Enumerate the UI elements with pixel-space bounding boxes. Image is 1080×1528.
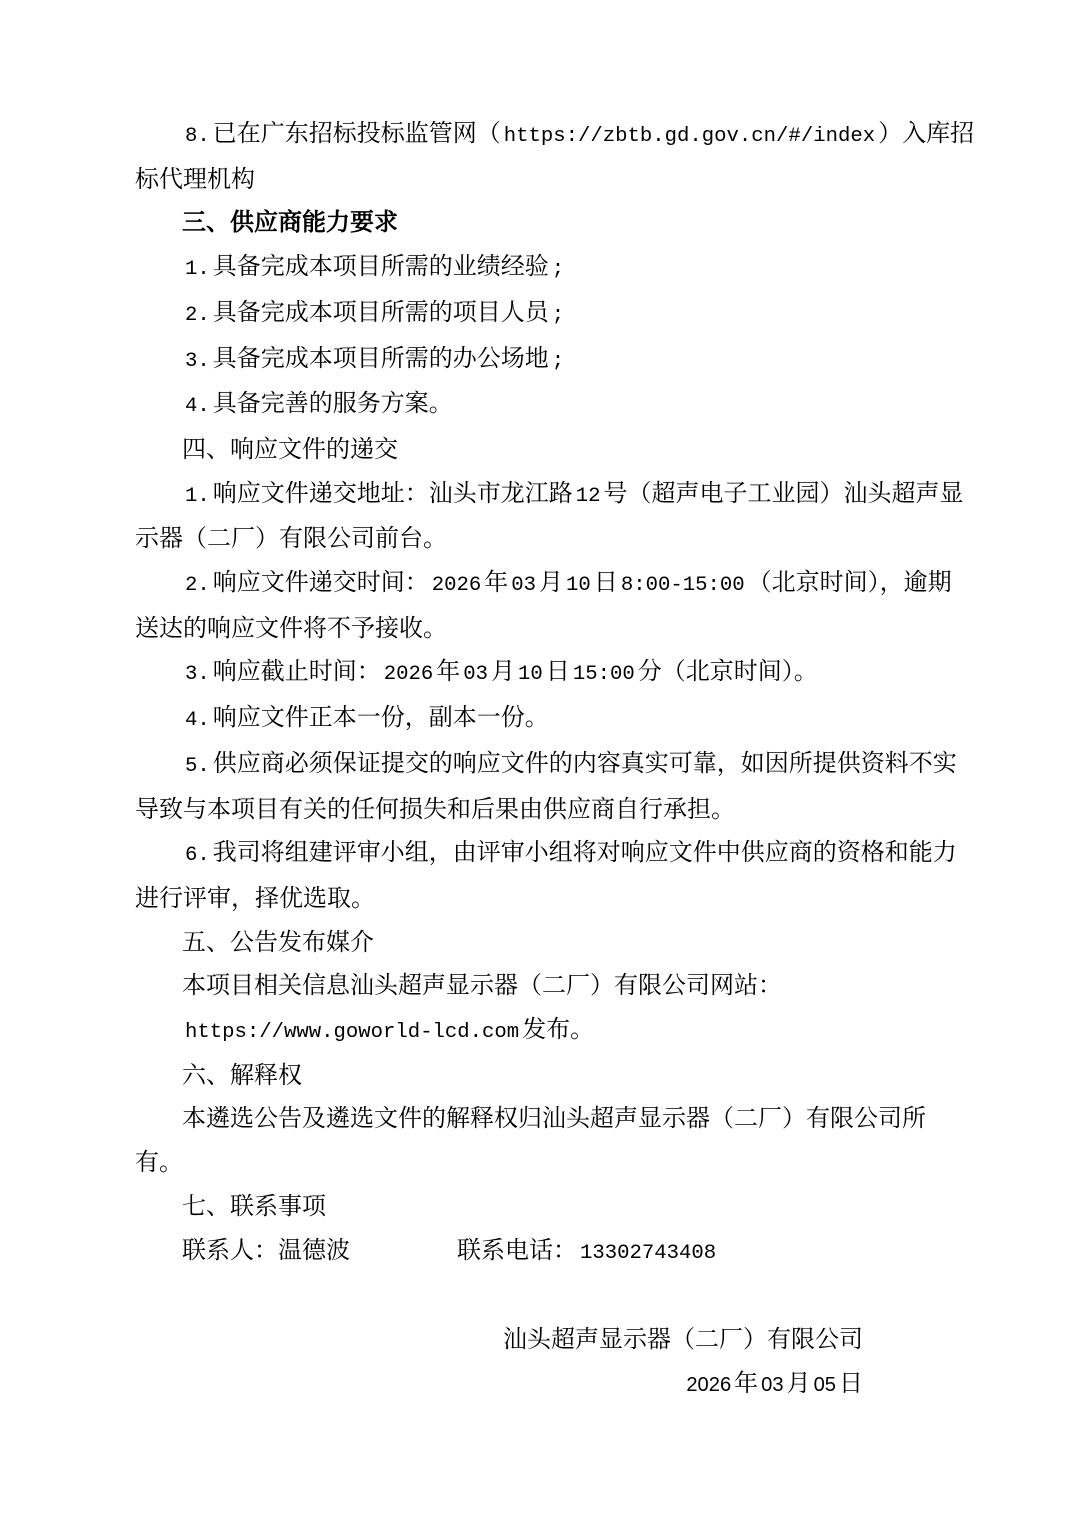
clause-8-line2: 标代理机构 <box>135 159 948 203</box>
document-page: 8.已在广东招标投标监管网（https://zbtb.gd.gov.cn/#/i… <box>0 0 1080 1528</box>
interpretation-line2: 有。 <box>135 1142 948 1186</box>
blank-line <box>135 1275 948 1319</box>
review-panel-line1: 6.我司将组建评审小组，由评审小组将对响应文件中供应商的资格和能力 <box>135 832 948 878</box>
section-4-heading: 四、响应文件的递交 <box>135 429 948 473</box>
capability-item-4: 4.具备完善的服务方案。 <box>135 383 948 429</box>
copies-line: 4.响应文件正本一份，副本一份。 <box>135 697 948 743</box>
contact-phone: 联系电话：13302743408 <box>457 1238 719 1264</box>
section-7-heading: 七、联系事项 <box>135 1186 948 1230</box>
authenticity-line1: 5.供应商必须保证提交的响应文件的内容真实可靠，如因所提供资料不实 <box>135 743 948 789</box>
section-6-heading: 六、解释权 <box>135 1055 948 1099</box>
submission-time-line1: 2.响应文件递交时间：2026年03月10日8:00-15:00（北京时间），逾… <box>135 562 948 608</box>
deadline-line: 3.响应截止时间：2026年03月10日15:00分（北京时间）。 <box>135 651 948 697</box>
website-url-line: https://www.goworld-lcd.com发布。 <box>135 1009 948 1055</box>
section-3-heading: 三、供应商能力要求 <box>135 202 948 246</box>
document-body: 8.已在广东招标投标监管网（https://zbtb.gd.gov.cn/#/i… <box>135 113 948 1407</box>
authenticity-line2: 导致与本项目有关的任何损失和后果由供应商自行承担。 <box>135 789 948 833</box>
interpretation-line1: 本遴选公告及遴选文件的解释权归汕头超声显示器（二厂）有限公司所 <box>135 1098 948 1142</box>
submission-time-line2: 送达的响应文件将不予接收。 <box>135 608 948 652</box>
contact-line: 联系人：温德波联系电话：13302743408 <box>135 1230 948 1276</box>
signature-date: 2026年03月05日 <box>135 1363 948 1408</box>
contact-person: 联系人：温德波 <box>182 1238 350 1264</box>
clause-8-line1: 8.已在广东招标投标监管网（https://zbtb.gd.gov.cn/#/i… <box>135 113 948 159</box>
submission-address-line1: 1.响应文件递交地址：汕头市龙江路12号（超声电子工业园）汕头超声显 <box>135 473 948 519</box>
media-info-line: 本项目相关信息汕头超声显示器（二厂）有限公司网站： <box>135 965 948 1009</box>
review-panel-line2: 进行评审，择优选取。 <box>135 878 948 922</box>
capability-item-1: 1.具备完成本项目所需的业绩经验; <box>135 246 948 292</box>
capability-item-3: 3.具备完成本项目所需的办公场地; <box>135 338 948 384</box>
submission-address-line2: 示器（二厂）有限公司前台。 <box>135 518 948 562</box>
signature-company: 汕头超声显示器（二厂）有限公司 <box>135 1319 948 1363</box>
section-5-heading: 五、公告发布媒介 <box>135 922 948 966</box>
capability-item-2: 2.具备完成本项目所需的项目人员; <box>135 292 948 338</box>
